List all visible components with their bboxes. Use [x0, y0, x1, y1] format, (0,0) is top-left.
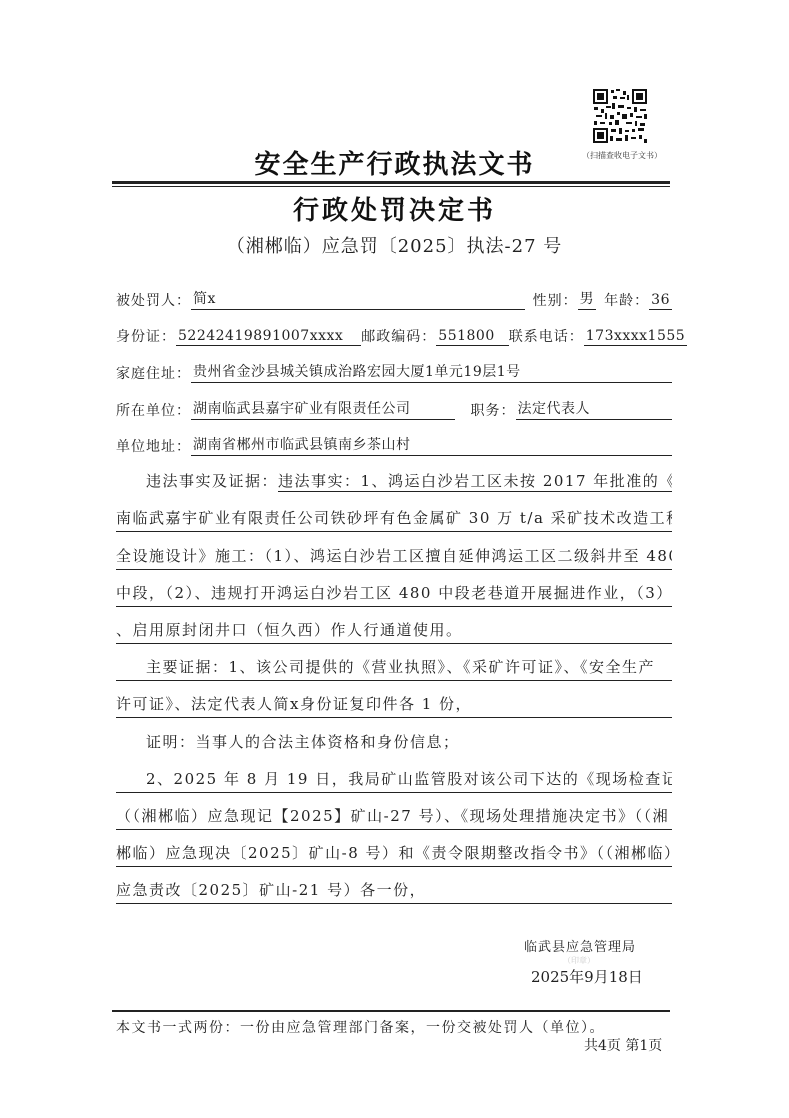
gender-label: 性别：	[533, 290, 578, 310]
evidence-2-line-1: 2、2025 年 8 月 19 日，我局矿山监管股对该公司下达的《现场检查记录》	[116, 768, 672, 793]
employer-value: 湖南临武县嘉宇矿业有限责任公司	[191, 398, 455, 420]
postcode-value: 551800	[436, 328, 508, 346]
document-number: （湘郴临）应急罚〔2025〕执法-27 号	[0, 232, 789, 258]
age-label: 年龄：	[604, 290, 649, 310]
violation-facts-line-5: 、启用原封闭井口（恒久西）作人行通道使用。	[116, 619, 672, 644]
violation-facts-text: 违法事实：1、鸿运白沙岩工区未按 2017 年批准的《湖	[278, 472, 672, 492]
issuing-authority: 临武县应急管理局	[524, 936, 636, 955]
employer-label: 所在单位：	[116, 400, 191, 420]
name-value: 简x	[191, 288, 525, 310]
title-rule-thin	[112, 186, 670, 187]
proof-line: 证明：当事人的合法主体资格和身份信息；	[116, 731, 672, 755]
id-value: 52242419891007xxxx	[176, 328, 361, 346]
employer-row: 所在单位： 湖南临武县嘉宇矿业有限责任公司 职务： 法定代表人	[116, 396, 672, 420]
phone-label: 联系电话：	[509, 326, 584, 346]
id-label: 身份证：	[116, 326, 176, 346]
age-value: 36	[649, 292, 672, 310]
employer-address-value: 湖南省郴州市临武县镇南乡茶山村	[191, 434, 672, 456]
gender-value: 男	[578, 288, 597, 310]
evidence-2-line-3: 郴临）应急现决〔2025〕矿山-8 号）和《责令限期整改指令书》（（湘郴临）	[116, 842, 672, 867]
employer-address-row: 单位地址： 湖南省郴州市临武县镇南乡茶山村	[116, 432, 672, 456]
evidence-2-line-1-text: 2、2025 年 8 月 19 日，我局矿山监管股对该公司下达的《现场检查记录》	[116, 770, 672, 788]
home-address-value: 贵州省金沙县城关镇成治路宏园大厦1单元19层1号	[191, 361, 672, 383]
name-label: 被处罚人：	[116, 290, 191, 310]
proof-line-text: 证明：当事人的合法主体资格和身份信息；	[116, 733, 460, 751]
evidence-line-2: 许可证》、法定代表人简x身份证复印件各 1 份，	[116, 693, 672, 718]
violation-facts-line-4: 中段，（2）、违规打开鸿运白沙岩工区 480 中段老巷道开展掘进作业，（3）	[116, 582, 672, 607]
document-category-title: 安全生产行政执法文书	[0, 144, 789, 181]
position-value: 法定代表人	[516, 398, 673, 420]
issue-date: 2025年9月18日	[531, 966, 643, 987]
postcode-label: 邮政编码：	[361, 326, 436, 346]
home-address-label: 家庭住址：	[116, 363, 191, 383]
violation-facts-line-2: 南临武嘉宇矿业有限责任公司铁砂坪有色金属矿 30 万 t/a 采矿技术改造工程安	[116, 507, 672, 532]
violation-facts-label: 违法事实及证据：	[116, 472, 278, 490]
footer-rule	[112, 1010, 670, 1012]
qr-code-icon	[592, 88, 648, 144]
evidence-line-1-text: 主要证据：1、该公司提供的《营业执照》、《采矿许可证》、《安全生产	[116, 658, 655, 676]
violation-facts-line-3: 全设施设计》施工：（1）、鸿运白沙岩工区擅自延伸鸿运工区二级斜井至 480	[116, 545, 672, 570]
employer-address-label: 单位地址：	[116, 436, 191, 456]
page-indicator: 共4页 第1页	[584, 1035, 662, 1055]
evidence-line-1: 主要证据：1、该公司提供的《营业执照》、《采矿许可证》、《安全生产	[116, 656, 672, 681]
phone-value: 173xxxx1555	[584, 328, 687, 346]
evidence-2-line-4: 应急责改〔2025〕矿山-21 号）各一份，	[116, 879, 672, 904]
position-label: 职务：	[471, 400, 516, 420]
evidence-2-line-2: （（湘郴临）应急现记【2025】矿山-27 号）、《现场处理措施决定书》（（湘	[116, 805, 672, 830]
document-title: 行政处罚决定书	[0, 190, 789, 227]
seal-placeholder: （印章）	[563, 955, 595, 966]
violation-facts-line-1: 违法事实及证据：违法事实：1、鸿运白沙岩工区未按 2017 年批准的《湖	[116, 470, 672, 494]
footer-note: 本文书一式两份：一份由应急管理部门备案，一份交被处罚人（单位）。	[116, 1017, 605, 1037]
title-rule-thick	[112, 181, 670, 184]
party-name-row: 被处罚人： 简x 性别： 男 年龄： 36	[116, 286, 672, 310]
qr-code[interactable]	[592, 88, 648, 144]
party-contact-row: 身份证： 52242419891007xxxx 邮政编码： 551800 联系电…	[116, 322, 672, 346]
home-address-row: 家庭住址： 贵州省金沙县城关镇成治路宏园大厦1单元19层1号	[116, 359, 672, 383]
